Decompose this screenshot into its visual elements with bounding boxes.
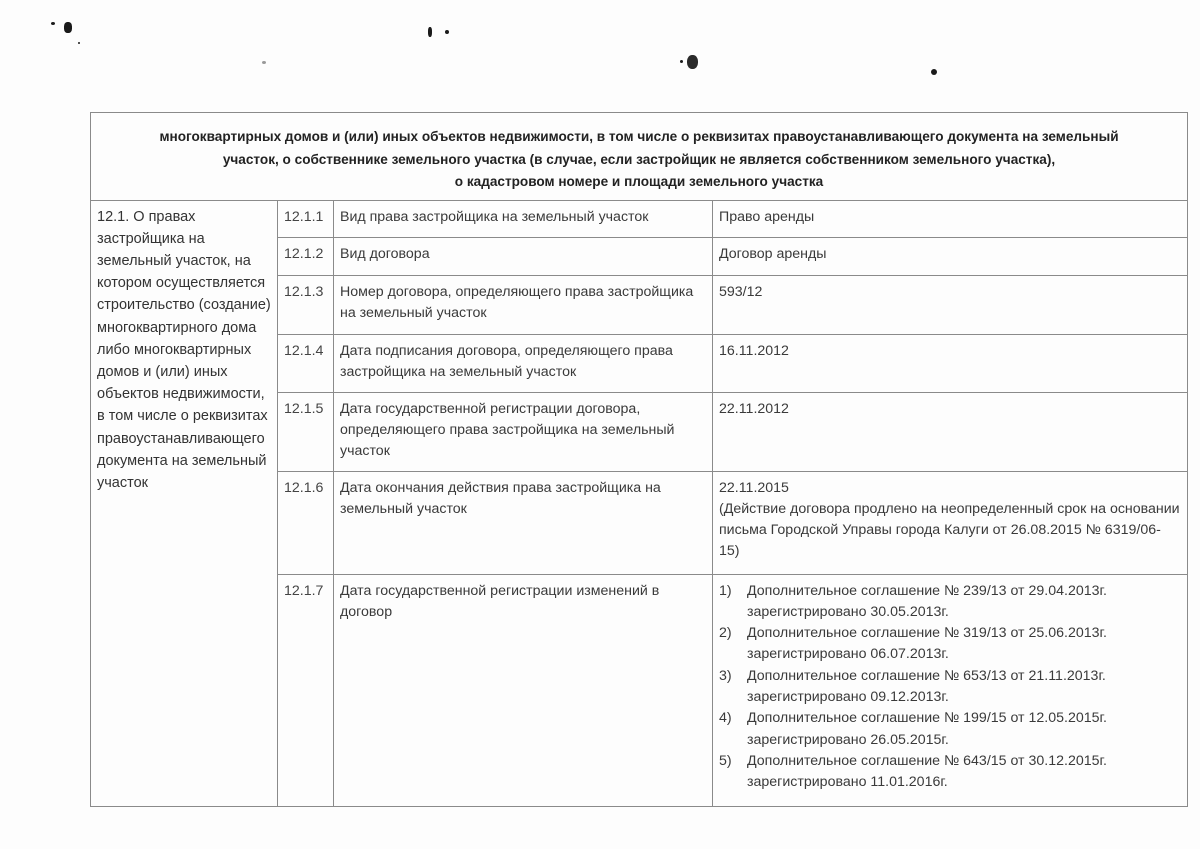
amendments-list: 1) Дополнительное соглашение № 239/13 от… — [719, 581, 1181, 794]
row-number: 12.1.2 — [278, 237, 334, 275]
amendment-text: Дополнительное соглашение № 319/13 от 25… — [747, 623, 1107, 666]
section-header-line: о кадастровом номере и площади земельног… — [101, 171, 1177, 194]
row-label: Дата подписания договора, определяющего … — [334, 334, 713, 392]
row-label: Дата государственной регистрации договор… — [334, 392, 713, 471]
amendment-registered: зарегистрировано 11.01.2016г. — [747, 774, 948, 790]
section-header-row: многоквартирных домов и (или) иных объек… — [91, 113, 1188, 201]
amendment-item: 4) Дополнительное соглашение № 199/15 от… — [719, 708, 1181, 751]
scan-speck — [445, 30, 449, 34]
amendment-agreement: Дополнительное соглашение № 643/15 от 30… — [747, 753, 1107, 769]
row-number: 12.1.5 — [278, 392, 334, 471]
row-label: Дата государственной регистрации изменен… — [334, 574, 713, 806]
amendment-registered: зарегистрировано 30.05.2013г. — [747, 604, 949, 620]
amendment-item: 5) Дополнительное соглашение № 643/15 от… — [719, 751, 1181, 794]
row-label: Вид договора — [334, 237, 713, 275]
amendment-item: 2) Дополнительное соглашение № 319/13 от… — [719, 623, 1181, 666]
amendment-agreement: Дополнительное соглашение № 653/13 от 21… — [747, 668, 1106, 684]
row-value: 22.11.2012 — [713, 392, 1188, 471]
row-number: 12.1.7 — [278, 574, 334, 806]
row-label: Дата окончания действия права застройщик… — [334, 471, 713, 574]
row-value: 22.11.2015 (Действие договора продлено н… — [713, 471, 1188, 574]
scan-speck — [262, 61, 266, 64]
land-rights-table: многоквартирных домов и (или) иных объек… — [90, 112, 1188, 807]
scan-speck — [64, 22, 72, 33]
amendment-text: Дополнительное соглашение № 239/13 от 29… — [747, 581, 1107, 624]
list-marker: 4) — [719, 708, 747, 751]
amendment-text: Дополнительное соглашение № 653/13 от 21… — [747, 666, 1106, 709]
scan-speck — [680, 60, 683, 63]
scan-speck — [687, 55, 698, 69]
row-number: 12.1.4 — [278, 334, 334, 392]
scan-speck — [931, 69, 937, 75]
amendment-text: Дополнительное соглашение № 199/15 от 12… — [747, 708, 1107, 751]
list-marker: 2) — [719, 623, 747, 666]
row-value: Договор аренды — [713, 237, 1188, 275]
scan-speck — [78, 42, 80, 44]
section-header: многоквартирных домов и (или) иных объек… — [91, 113, 1188, 201]
row-number: 12.1.1 — [278, 200, 334, 237]
amendment-text: Дополнительное соглашение № 643/15 от 30… — [747, 751, 1107, 794]
row-value: Право аренды — [713, 200, 1188, 237]
amendment-registered: зарегистрировано 26.05.2015г. — [747, 732, 949, 748]
extension-note: (Действие договора продлено на неопредел… — [719, 499, 1181, 562]
section-header-line: участок, о собственнике земельного участ… — [101, 149, 1177, 172]
expiry-date: 22.11.2015 — [719, 478, 1181, 499]
scan-speck — [51, 22, 55, 25]
list-marker: 5) — [719, 751, 747, 794]
amendment-item: 3) Дополнительное соглашение № 653/13 от… — [719, 666, 1181, 709]
amendment-registered: зарегистрировано 09.12.2013г. — [747, 689, 949, 705]
row-value: 593/12 — [713, 275, 1188, 334]
amendment-agreement: Дополнительное соглашение № 239/13 от 29… — [747, 583, 1107, 599]
row-value: 16.11.2012 — [713, 334, 1188, 392]
amendment-registered: зарегистрировано 06.07.2013г. — [747, 646, 949, 662]
table-row: 12.1. О правах застройщика на земельный … — [91, 200, 1188, 237]
row-number: 12.1.3 — [278, 275, 334, 334]
amendment-agreement: Дополнительное соглашение № 319/13 от 25… — [747, 625, 1107, 641]
amendments-cell: 1) Дополнительное соглашение № 239/13 от… — [713, 574, 1188, 806]
list-marker: 3) — [719, 666, 747, 709]
section-title: 12.1. О правах застройщика на земельный … — [91, 200, 278, 806]
amendment-agreement: Дополнительное соглашение № 199/15 от 12… — [747, 710, 1107, 726]
list-marker: 1) — [719, 581, 747, 624]
section-header-line: многоквартирных домов и (или) иных объек… — [101, 126, 1177, 149]
amendment-item: 1) Дополнительное соглашение № 239/13 от… — [719, 581, 1181, 624]
row-number: 12.1.6 — [278, 471, 334, 574]
row-label: Номер договора, определяющего права заст… — [334, 275, 713, 334]
row-label: Вид права застройщика на земельный участ… — [334, 200, 713, 237]
scan-speck — [428, 27, 432, 37]
